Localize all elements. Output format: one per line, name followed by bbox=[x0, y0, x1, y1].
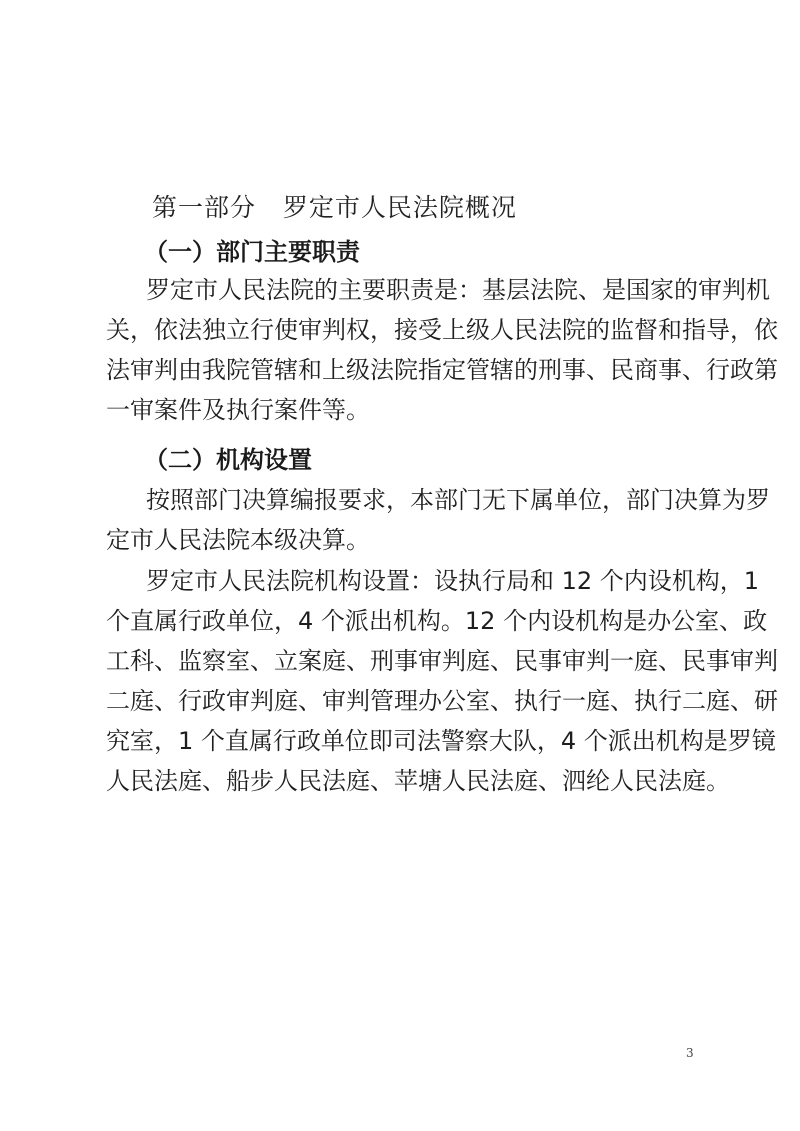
text-line: 工科、监察室、立案庭、刑事审判庭、民事审判一庭、民事审判 bbox=[106, 641, 700, 681]
paragraph-organization-structure: 罗定市人民法院机构设置：设执行局和 12 个内设机构，1 个直属行政单位，4 个… bbox=[106, 561, 700, 801]
text-line: 罗定市人民法院机构设置：设执行局和 12 个内设机构，1 bbox=[106, 561, 700, 601]
text-line: 关，依法独立行使审判权，接受上级人民法院的监督和指导，依 bbox=[106, 310, 700, 350]
section-heading-organization: （二）机构设置 bbox=[144, 440, 312, 475]
document-page: 第一部分 罗定市人民法院概况 （一）部门主要职责 罗定市人民法院的主要职责是：基… bbox=[0, 0, 800, 1131]
paragraph-duties: 罗定市人民法院的主要职责是：基层法院、是国家的审判机 关，依法独立行使审判权，接… bbox=[106, 270, 700, 430]
text-line: 罗定市人民法院的主要职责是：基层法院、是国家的审判机 bbox=[106, 270, 700, 310]
section-heading-duties: （一）部门主要职责 bbox=[144, 232, 360, 267]
text-line: 一审案件及执行案件等。 bbox=[106, 390, 700, 430]
page-number: 3 bbox=[686, 1046, 694, 1060]
part-title: 第一部分 罗定市人民法院概况 bbox=[152, 188, 517, 224]
text-line: 究室，1 个直属行政单位即司法警察大队，4 个派出机构是罗镜 bbox=[106, 721, 700, 761]
text-line: 按照部门决算编报要求，本部门无下属单位，部门决算为罗 bbox=[106, 480, 700, 520]
text-line: 个直属行政单位，4 个派出机构。12 个内设机构是办公室、政 bbox=[106, 601, 700, 641]
text-line: 人民法庭、船步人民法庭、苹塘人民法庭、泗纶人民法庭。 bbox=[106, 761, 700, 801]
text-line: 法审判由我院管辖和上级法院指定管辖的刑事、民商事、行政第 bbox=[106, 350, 700, 390]
text-line: 定市人民法院本级决算。 bbox=[106, 520, 700, 560]
text-line: 二庭、行政审判庭、审判管理办公室、执行一庭、执行二庭、研 bbox=[106, 681, 700, 721]
paragraph-budget-scope: 按照部门决算编报要求，本部门无下属单位，部门决算为罗 定市人民法院本级决算。 bbox=[106, 480, 700, 560]
